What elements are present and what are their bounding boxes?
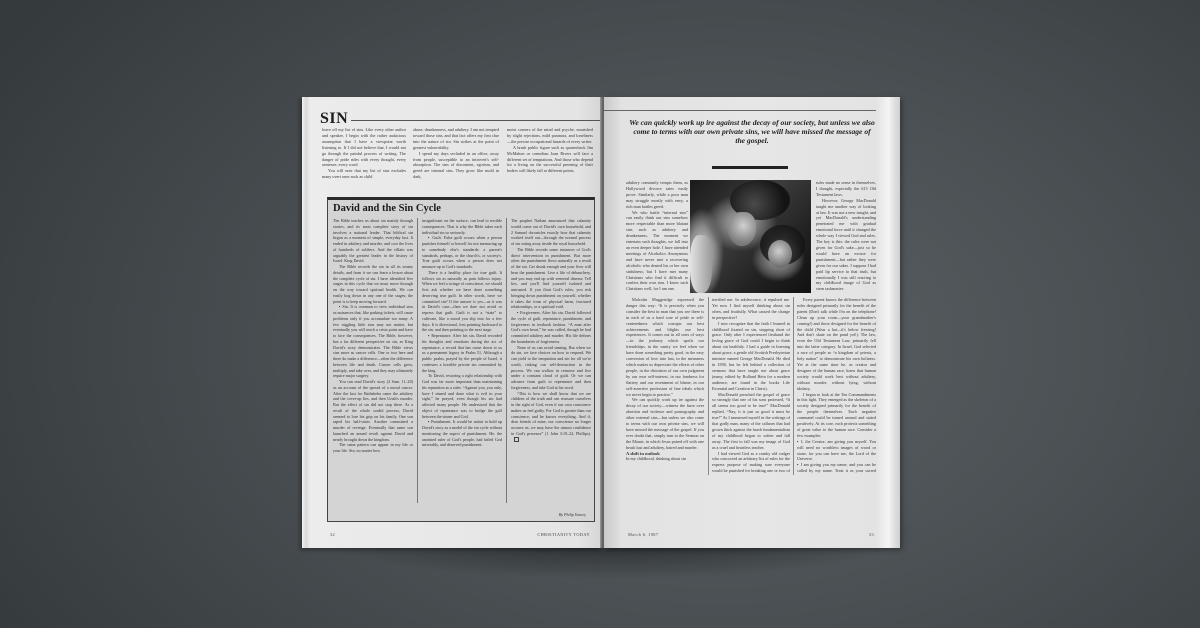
- article-column-3: Every parent knows the difference betwee…: [797, 297, 876, 475]
- paragraph: ▪ Guilt. False guilt occurs when a perso…: [422, 235, 502, 270]
- sidebar-box-david-and-the-sin-cycle: David and the Sin Cycle The Bible teache…: [327, 197, 595, 522]
- section-rule: [351, 120, 602, 121]
- article-column-1: Malcolm Muggeridge expressed the danger …: [626, 297, 704, 529]
- painting-photo: [690, 180, 811, 293]
- paragraph: ▪ I am giving you my name, and you can b…: [797, 462, 876, 475]
- painting-arm: [690, 235, 712, 293]
- pull-quote: We can quickly work up ire against the d…: [628, 118, 876, 146]
- section-title: SIN: [320, 110, 348, 128]
- paragraph: None of us can avoid sinning. But when w…: [511, 345, 591, 391]
- article-column-2: terrified me. In adolescence, it repulse…: [712, 297, 790, 475]
- sidebar-column-2: insignificant on the surface, can lead t…: [422, 218, 502, 518]
- paragraph: The prophet Nathan announced that calami…: [511, 218, 591, 247]
- painting-face: [768, 240, 792, 268]
- paragraph: A brash public figure such as quarterbac…: [507, 145, 593, 175]
- sidebar-column-3: The prophet Nathan announced that calami…: [511, 218, 591, 508]
- publication-name: CHRISTIANITY TODAY: [537, 532, 590, 537]
- paragraph: The same pattern can appear in my life o…: [333, 442, 413, 454]
- article-column-1-top: adultery constantly tempts them, as Holl…: [626, 180, 688, 293]
- paragraph: ▪ I, the Creator, am giving you myself. …: [797, 439, 876, 463]
- pull-quote-rule: [712, 166, 788, 169]
- paragraph: Every parent knows the difference betwee…: [797, 297, 876, 392]
- sidebar-title: David and the Sin Cycle: [333, 203, 441, 214]
- article-column-3-top: rules made no sense in themselves, I tho…: [816, 180, 876, 293]
- paragraph: The Bible records some instances of God'…: [511, 247, 591, 310]
- end-mark-icon: [514, 437, 519, 442]
- paragraph: “This is how we shall know that we are c…: [511, 391, 591, 436]
- paragraph: Malcolm Muggeridge expressed the danger …: [626, 297, 704, 397]
- paragraph: There is a healthy place for true guilt.…: [422, 270, 502, 333]
- paragraph: I now recognize that the faith I learned…: [712, 321, 790, 392]
- paragraph: abuse, drunkenness, and adultery. I am n…: [413, 127, 499, 151]
- painting-face: [728, 212, 756, 246]
- top-rule: [604, 110, 876, 111]
- page-number-right: 33: [869, 532, 874, 537]
- paragraph: ▪ Repentance. After his sin, David recor…: [422, 333, 502, 373]
- paragraph: In my childhood, thinking about sin: [626, 456, 704, 462]
- paragraph: The Bible records the sin in all its sea…: [333, 264, 413, 304]
- paragraph: However, George MacDonald taught me anot…: [816, 198, 876, 293]
- intro-column-3: moist corners of the mind and psyche, no…: [507, 127, 593, 174]
- paragraph: ▪ Forgiveness. After his sin, David foll…: [511, 310, 591, 345]
- paragraph: ▪ Punishment. It would be unfair to hold…: [422, 419, 502, 448]
- sidebar-column-1: The Bible teaches us about sin mainly th…: [333, 218, 413, 518]
- byline: By Philip Yancey: [559, 512, 586, 517]
- column-divider: [793, 297, 794, 475]
- paragraph: leave off my list of sins. Like every ot…: [322, 127, 406, 168]
- paragraph: We can quickly work up ire against the d…: [626, 397, 704, 450]
- section-header: SIN: [320, 110, 602, 128]
- column-divider: [506, 218, 507, 503]
- column-divider: [417, 218, 418, 503]
- issue-date: March 6, 1987: [628, 532, 658, 537]
- left-page: SIN leave off my list of sins. Like ever…: [302, 97, 602, 548]
- column-divider: [708, 297, 709, 475]
- page-number-left: 32: [330, 532, 335, 537]
- paragraph: terrified me. In adolescence, it repulse…: [712, 297, 790, 321]
- paragraph: The Bible teaches us about sin mainly th…: [333, 218, 413, 264]
- paragraph: insignificant on the surface, can lead t…: [422, 218, 502, 235]
- paragraph: moist corners of the mind and psyche, no…: [507, 127, 593, 145]
- paragraph: MacDonald preached the gospel of grace s…: [712, 392, 790, 451]
- paragraph: ▪ Sin. It is common to view individual s…: [333, 304, 413, 379]
- paragraph: I began to look at the Ten Commandments …: [797, 392, 876, 439]
- intro-column-2: abuse, drunkenness, and adultery. I am n…: [413, 127, 499, 180]
- paragraph: We who battle “internal sins” can easily…: [626, 210, 688, 293]
- paragraph: I spend my days secluded in an office, a…: [413, 151, 499, 181]
- paragraph: rules made no sense in themselves, I tho…: [816, 180, 876, 198]
- intro-column-1: leave off my list of sins. Like every ot…: [322, 127, 406, 180]
- right-page: We can quickly work up ire against the d…: [604, 97, 900, 548]
- paragraph: To David, restoring a right relationship…: [422, 373, 502, 419]
- paragraph: I had viewed God as a cranky old codger …: [712, 451, 790, 475]
- paragraph: adultery constantly tempts them, as Holl…: [626, 180, 688, 210]
- paragraph: You can read David's story (2 Sam. 11–20…: [333, 379, 413, 442]
- paragraph: You will note that my list of sins exclu…: [322, 168, 406, 180]
